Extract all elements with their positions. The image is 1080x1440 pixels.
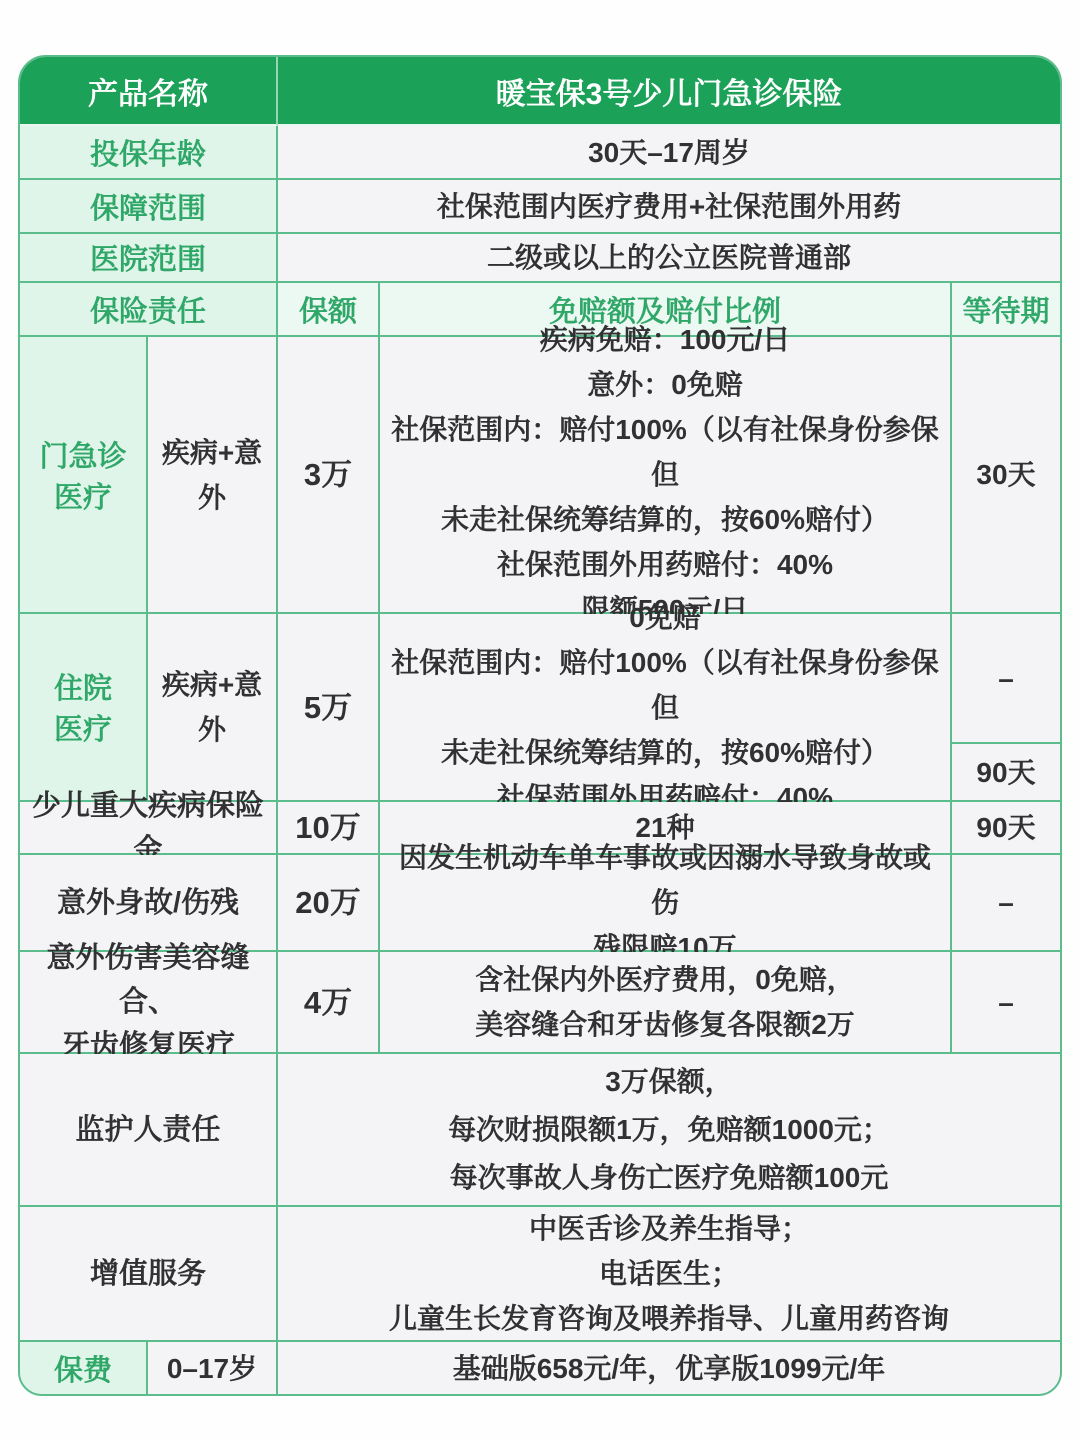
outpatient-detail-line: 社保范围内：赔付100%（以有社保身份参保但	[386, 407, 944, 497]
premium-label: 保费	[54, 1348, 112, 1389]
product-name-value-cell: 暖宝保3号少儿门急诊保险	[278, 57, 1060, 126]
outpatient-category-line2: 医疗	[54, 475, 112, 516]
cosmetic-dental-label-line1: 意外伤害美容缝合、	[26, 936, 270, 1024]
cosmetic-dental-waiting: –	[998, 980, 1014, 1025]
outpatient-waiting: 30天	[976, 452, 1035, 497]
guardian-liability-detail-line: 3万保额，	[605, 1058, 733, 1106]
coverage-scope-label-cell: 保障范围	[20, 180, 278, 234]
coverage-scope-label: 保障范围	[90, 186, 206, 227]
hospital-scope-label: 医院范围	[90, 237, 206, 278]
cosmetic-dental-label-cell: 意外伤害美容缝合、 牙齿修复医疗	[20, 952, 278, 1054]
insure-age-value-cell: 30天–17周岁	[278, 126, 1060, 180]
amount-header-label: 保额	[299, 289, 357, 330]
cosmetic-dental-waiting-cell: –	[952, 952, 1060, 1054]
guardian-liability-label: 监护人责任	[75, 1108, 220, 1152]
coverage-scope-value: 社保范围内医疗费用+社保范围外用药	[437, 184, 901, 229]
outpatient-category-line1: 门急诊	[39, 434, 126, 475]
hospitalization-detail-line: 社保范围内：赔付100%（以有社保身份参保但	[386, 640, 944, 730]
accidental-death-waiting: –	[998, 880, 1014, 925]
guardian-liability-detail-cell: 3万保额， 每次财损限额1万，免赔额1000元； 每次事故人身伤亡医疗免赔额10…	[278, 1054, 1060, 1207]
hospital-scope-value: 二级或以上的公立医院普通部	[487, 235, 851, 280]
cosmetic-dental-detail-cell: 含社保内外医疗费用，0免赔， 美容缝合和牙齿修复各限额2万	[380, 952, 952, 1054]
column-header-waiting: 等待期	[952, 283, 1060, 337]
accidental-death-amount: 20万	[295, 880, 360, 925]
value-added-detail-line: 中医舌诊及养生指导；	[529, 1206, 809, 1251]
hospitalization-category-cell: 住院 医疗	[20, 614, 148, 802]
outpatient-amount: 3万	[304, 452, 352, 497]
hospitalization-deductible-cell: 0免赔 社保范围内：赔付100%（以有社保身份参保但 未走社保统筹结算的，按60…	[380, 614, 952, 802]
column-header-liability: 保险责任	[20, 283, 278, 337]
cosmetic-dental-amount: 4万	[304, 980, 352, 1025]
outpatient-type: 疾病+意外	[154, 430, 270, 520]
critical-illness-waiting-cell: 90天	[952, 802, 1060, 855]
hospitalization-waiting-top: –	[998, 656, 1014, 701]
hospitalization-category-line2: 医疗	[54, 707, 112, 748]
cosmetic-dental-amount-cell: 4万	[278, 952, 380, 1054]
value-added-detail-line: 电话医生；	[599, 1251, 739, 1296]
column-header-amount: 保额	[278, 283, 380, 337]
accidental-death-detail-cell: 因发生机动车单车事故或因溺水导致身故或伤 残限赔10万	[380, 855, 952, 952]
insure-age-value: 30天–17周岁	[588, 130, 750, 175]
premium-detail: 基础版658元/年，优享版1099元/年	[453, 1346, 886, 1391]
critical-illness-amount-cell: 10万	[278, 802, 380, 855]
premium-detail-cell: 基础版658元/年，优享版1099元/年	[278, 1342, 1060, 1394]
value-added-detail-line: 儿童生长发育咨询及喂养指导、儿童用药咨询	[389, 1296, 949, 1341]
product-name-value: 暖宝保3号少儿门急诊保险	[496, 69, 843, 113]
hospitalization-category-line1: 住院	[54, 666, 112, 707]
hospitalization-waiting-bottom-cell: 90天	[952, 744, 1060, 802]
cosmetic-dental-detail-line: 美容缝合和牙齿修复各限额2万	[475, 1002, 855, 1047]
outpatient-category-cell: 门急诊 医疗	[20, 337, 148, 614]
guardian-liability-detail-line: 每次财损限额1万，免赔额1000元；	[448, 1106, 890, 1154]
value-added-detail-cell: 中医舌诊及养生指导； 电话医生； 儿童生长发育咨询及喂养指导、儿童用药咨询	[278, 1207, 1060, 1342]
hospitalization-amount: 5万	[304, 685, 352, 730]
premium-age-cell: 0–17岁	[148, 1342, 278, 1394]
liability-header-label: 保险责任	[90, 289, 206, 330]
hospital-scope-value-cell: 二级或以上的公立医院普通部	[278, 234, 1060, 283]
premium-label-cell: 保费	[20, 1342, 148, 1394]
guardian-liability-detail-line: 每次事故人身伤亡医疗免赔额100元	[450, 1154, 889, 1202]
outpatient-detail-line: 疾病免赔：100元/日	[540, 317, 791, 362]
hospital-scope-label-cell: 医院范围	[20, 234, 278, 283]
premium-age: 0–17岁	[167, 1346, 257, 1391]
outpatient-amount-cell: 3万	[278, 337, 380, 614]
outpatient-detail-line: 社保范围外用药赔付：40%	[497, 542, 833, 587]
critical-illness-waiting: 90天	[976, 805, 1035, 850]
outpatient-detail-line: 未走社保统筹结算的，按60%赔付）	[441, 497, 889, 542]
value-added-label: 增值服务	[90, 1252, 206, 1296]
coverage-scope-value-cell: 社保范围内医疗费用+社保范围外用药	[278, 180, 1060, 234]
value-added-label-cell: 增值服务	[20, 1207, 278, 1342]
guardian-liability-label-cell: 监护人责任	[20, 1054, 278, 1207]
insure-age-label: 投保年龄	[90, 132, 206, 173]
insurance-benefit-sheet: 产品名称 暖宝保3号少儿门急诊保险 投保年龄 30天–17周岁 保障范围 社保范…	[0, 0, 1080, 1440]
critical-illness-label-cell: 少儿重大疾病保险金	[20, 802, 278, 855]
hospitalization-detail-line: 0免赔	[629, 595, 701, 640]
cosmetic-dental-detail-line: 含社保内外医疗费用，0免赔，	[475, 957, 855, 1002]
product-name-label: 产品名称	[88, 69, 208, 113]
outpatient-type-cell: 疾病+意外	[148, 337, 278, 614]
hospitalization-type: 疾病+意外	[154, 662, 270, 752]
product-name-label-cell: 产品名称	[20, 57, 278, 126]
accidental-death-label: 意外身故/伤残	[57, 881, 239, 925]
outpatient-detail-line: 意外：0免赔	[587, 362, 743, 407]
hospitalization-waiting-top-cell: –	[952, 614, 1060, 744]
hospitalization-detail-line: 未走社保统筹结算的，按60%赔付）	[441, 730, 889, 775]
outpatient-deductible-cell: 疾病免赔：100元/日 意外：0免赔 社保范围内：赔付100%（以有社保身份参保…	[380, 337, 952, 614]
insure-age-label-cell: 投保年龄	[20, 126, 278, 180]
hospitalization-waiting-bottom: 90天	[976, 750, 1035, 795]
product-benefit-table: 产品名称 暖宝保3号少儿门急诊保险 投保年龄 30天–17周岁 保障范围 社保范…	[18, 55, 1062, 1396]
waiting-header-label: 等待期	[962, 289, 1049, 330]
critical-illness-amount: 10万	[295, 805, 360, 850]
hospitalization-type-cell: 疾病+意外	[148, 614, 278, 802]
accidental-death-amount-cell: 20万	[278, 855, 380, 952]
outpatient-waiting-cell: 30天	[952, 337, 1060, 614]
hospitalization-amount-cell: 5万	[278, 614, 380, 802]
accidental-death-waiting-cell: –	[952, 855, 1060, 952]
accidental-death-detail-line: 因发生机动车单车事故或因溺水导致身故或伤	[386, 835, 944, 925]
